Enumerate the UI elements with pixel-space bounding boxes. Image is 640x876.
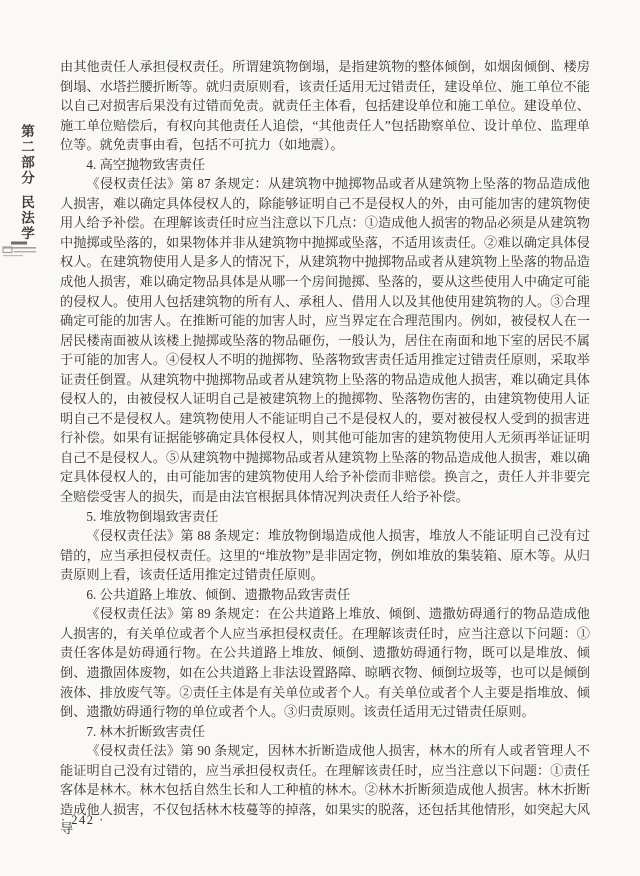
book-page: 第二部分 民法学 由其他责任人承担侵权责任。所谓建筑物倒塌，是指建筑物的整体倾倒… [0,0,640,876]
section-heading-7-tree-breaking: 7. 林木折断致害责任 [60,722,590,742]
sidebar: 第二部分 民法学 [16,124,36,242]
paragraph-article-88: 《侵权责任法》第 88 条规定：堆放物倒塌造成他人损害，堆放人不能证明自己没有过… [60,526,590,585]
paragraph-article-87: 《侵权责任法》第 87 条规定：从建筑物中抛掷物品或者从建筑物上坠落的物品造成他… [60,174,590,506]
page-number: · 242 · [61,813,105,828]
sidebar-part-label: 第二部分 [16,124,36,186]
page-text: 由其他责任人承担侵权责任。所谓建筑物倒塌，是指建筑物的整体倾倒，如烟囱倾倒、楼房… [60,57,590,839]
section-heading-6-public-road: 6. 公共道路上堆放、倾倒、遗撒物品致害责任 [60,585,590,605]
paragraph-article-89: 《侵权责任法》第 89 条规定：在公共道路上堆放、倾倒、遗撒妨碍通行的物品造成他… [60,604,590,721]
section-heading-4-high-altitude-throwing: 4. 高空抛物致害责任 [60,155,590,175]
sidebar-subject-label: 民法学 [16,195,36,242]
section-heading-5-stacked-objects: 5. 堆放物倒塌致害责任 [60,507,590,527]
book-seal-icon [2,241,40,259]
paragraph-article-90: 《侵权责任法》第 90 条规定，因林木折断造成他人损害，林木的所有人或者管理人不… [60,741,590,839]
paragraph-building-collapse: 由其他责任人承担侵权责任。所谓建筑物倒塌，是指建筑物的整体倾倒，如烟囱倾倒、楼房… [60,57,590,155]
